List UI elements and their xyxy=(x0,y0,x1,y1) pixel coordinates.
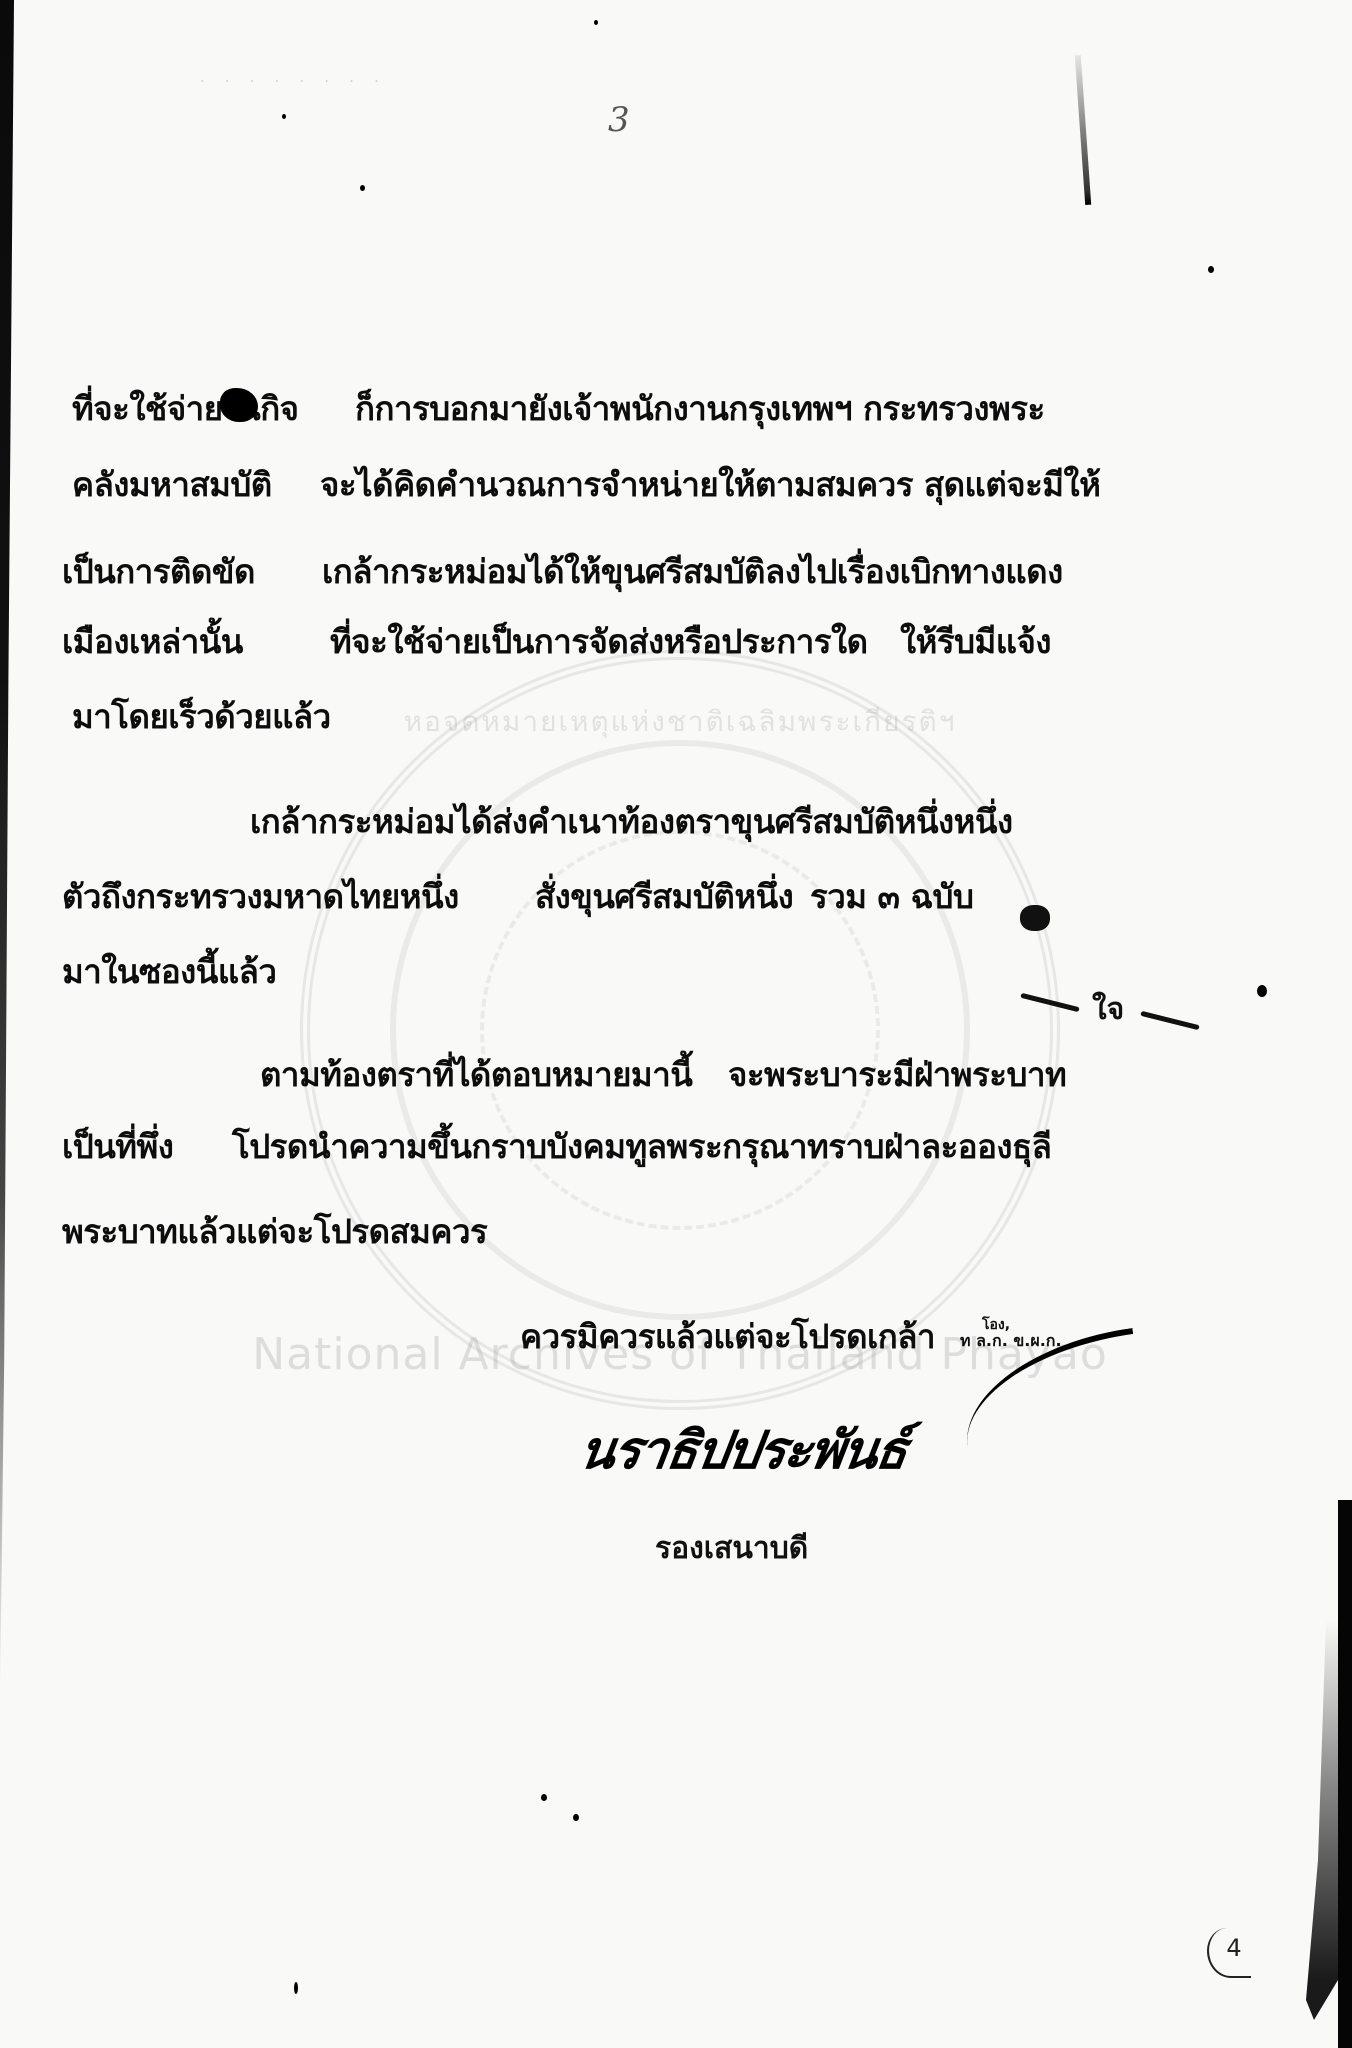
ink-blot xyxy=(1020,905,1050,931)
scan-left-border xyxy=(0,0,14,1700)
text-line: ตัวถึงกระทรวงมหาดไทยหนึ่ง xyxy=(62,880,459,913)
handwritten-annotation: โอง, ท ล.ก. ข.ผ.ก. xyxy=(960,1318,1062,1349)
margin-dash xyxy=(1020,993,1079,1012)
text-line: โปรดนำความขึ้นกราบบังคมทูลพระกรุณาทราบฝ่… xyxy=(232,1130,1051,1163)
archive-watermark-seal: หอจดหมายเหตุแห่งชาติเฉลิมพระเกียรติฯ Nat… xyxy=(300,650,1060,1410)
text-line: มาในซองนี้แล้ว xyxy=(62,955,276,988)
text-line: เกล้ากระหม่อมได้ให้ขุนศรีสมบัติลงไปเรื่อ… xyxy=(322,555,1063,588)
text-line: เมืองเหล่านั้น xyxy=(62,625,243,658)
scan-scratch-mark xyxy=(1075,55,1091,205)
text-line: ที่จะใช้จ่ายในกิจ xyxy=(72,392,299,425)
text-line: เป็นการติดขัด xyxy=(62,555,255,588)
text-line: จะพระบาระมีฝ่าพระบาท xyxy=(728,1058,1066,1091)
speck xyxy=(1257,985,1267,997)
text-line: ตามท้องตราที่ได้ตอบหมายมานี้ xyxy=(260,1058,692,1091)
speck xyxy=(294,1982,298,1994)
margin-dash xyxy=(1140,1011,1199,1030)
text-line: เป็นที่พึ่ง xyxy=(62,1130,173,1163)
speck xyxy=(360,185,365,191)
closing-line: ควรมิควรแล้วแต่จะโปรดเกล้า xyxy=(520,1320,935,1353)
speck xyxy=(282,114,286,119)
page-number-top: 3 xyxy=(608,100,630,140)
text-line: ให้รีบมีแจ้ง xyxy=(900,625,1051,658)
faint-header-marks: · · · · · · · · xyxy=(200,74,387,90)
margin-note: ใจ xyxy=(1020,990,1220,1050)
speck xyxy=(1208,266,1214,273)
text-line: เกล้ากระหม่อมได้ส่งคำเนาท้องตราขุนศรีสมบ… xyxy=(250,805,1013,838)
watermark-top-text: หอจดหมายเหตุแห่งชาติเฉลิมพระเกียรติฯ xyxy=(404,700,957,744)
text-line: ก็การบอกมายังเจ้าพนักงานกรุงเทพฯ กระทรวง… xyxy=(355,392,1045,425)
signature: นราธิปประพันธ์ xyxy=(574,1408,912,1491)
annotation-lower: ท ล.ก. ข.ผ.ก. xyxy=(960,1331,1062,1350)
signatory-title: รองเสนาบดี xyxy=(655,1525,808,1572)
page-number-bottom: 4 xyxy=(1207,1928,1251,1978)
scan-smudge xyxy=(1298,1620,1338,2020)
document-page: หอจดหมายเหตุแห่งชาติเฉลิมพระเกียรติฯ Nat… xyxy=(0,0,1352,2048)
text-line: จะได้คิดคำนวณการจำหน่ายให้ตามสมควร สุดแต… xyxy=(320,468,1100,501)
speck xyxy=(573,1814,579,1821)
speck xyxy=(594,20,598,25)
text-line: คลังมหาสมบัติ xyxy=(72,468,272,501)
text-line: พระบาทแล้วแต่จะโปรดสมควร xyxy=(62,1215,487,1248)
speck xyxy=(541,1794,547,1801)
margin-note-text: ใจ xyxy=(1092,986,1124,1033)
text-line: รวม ๓ ฉบับ xyxy=(810,880,973,913)
text-line: มาโดยเร็วด้วยแล้ว xyxy=(72,700,331,733)
ink-blot xyxy=(220,388,258,422)
text-line: สั่งขุนศรีสมบัติหนึ่ง xyxy=(535,880,793,913)
text-line: ที่จะใช้จ่ายเป็นการจัดส่งหรือประการใด xyxy=(330,625,868,658)
scan-right-border xyxy=(1338,1500,1352,2048)
